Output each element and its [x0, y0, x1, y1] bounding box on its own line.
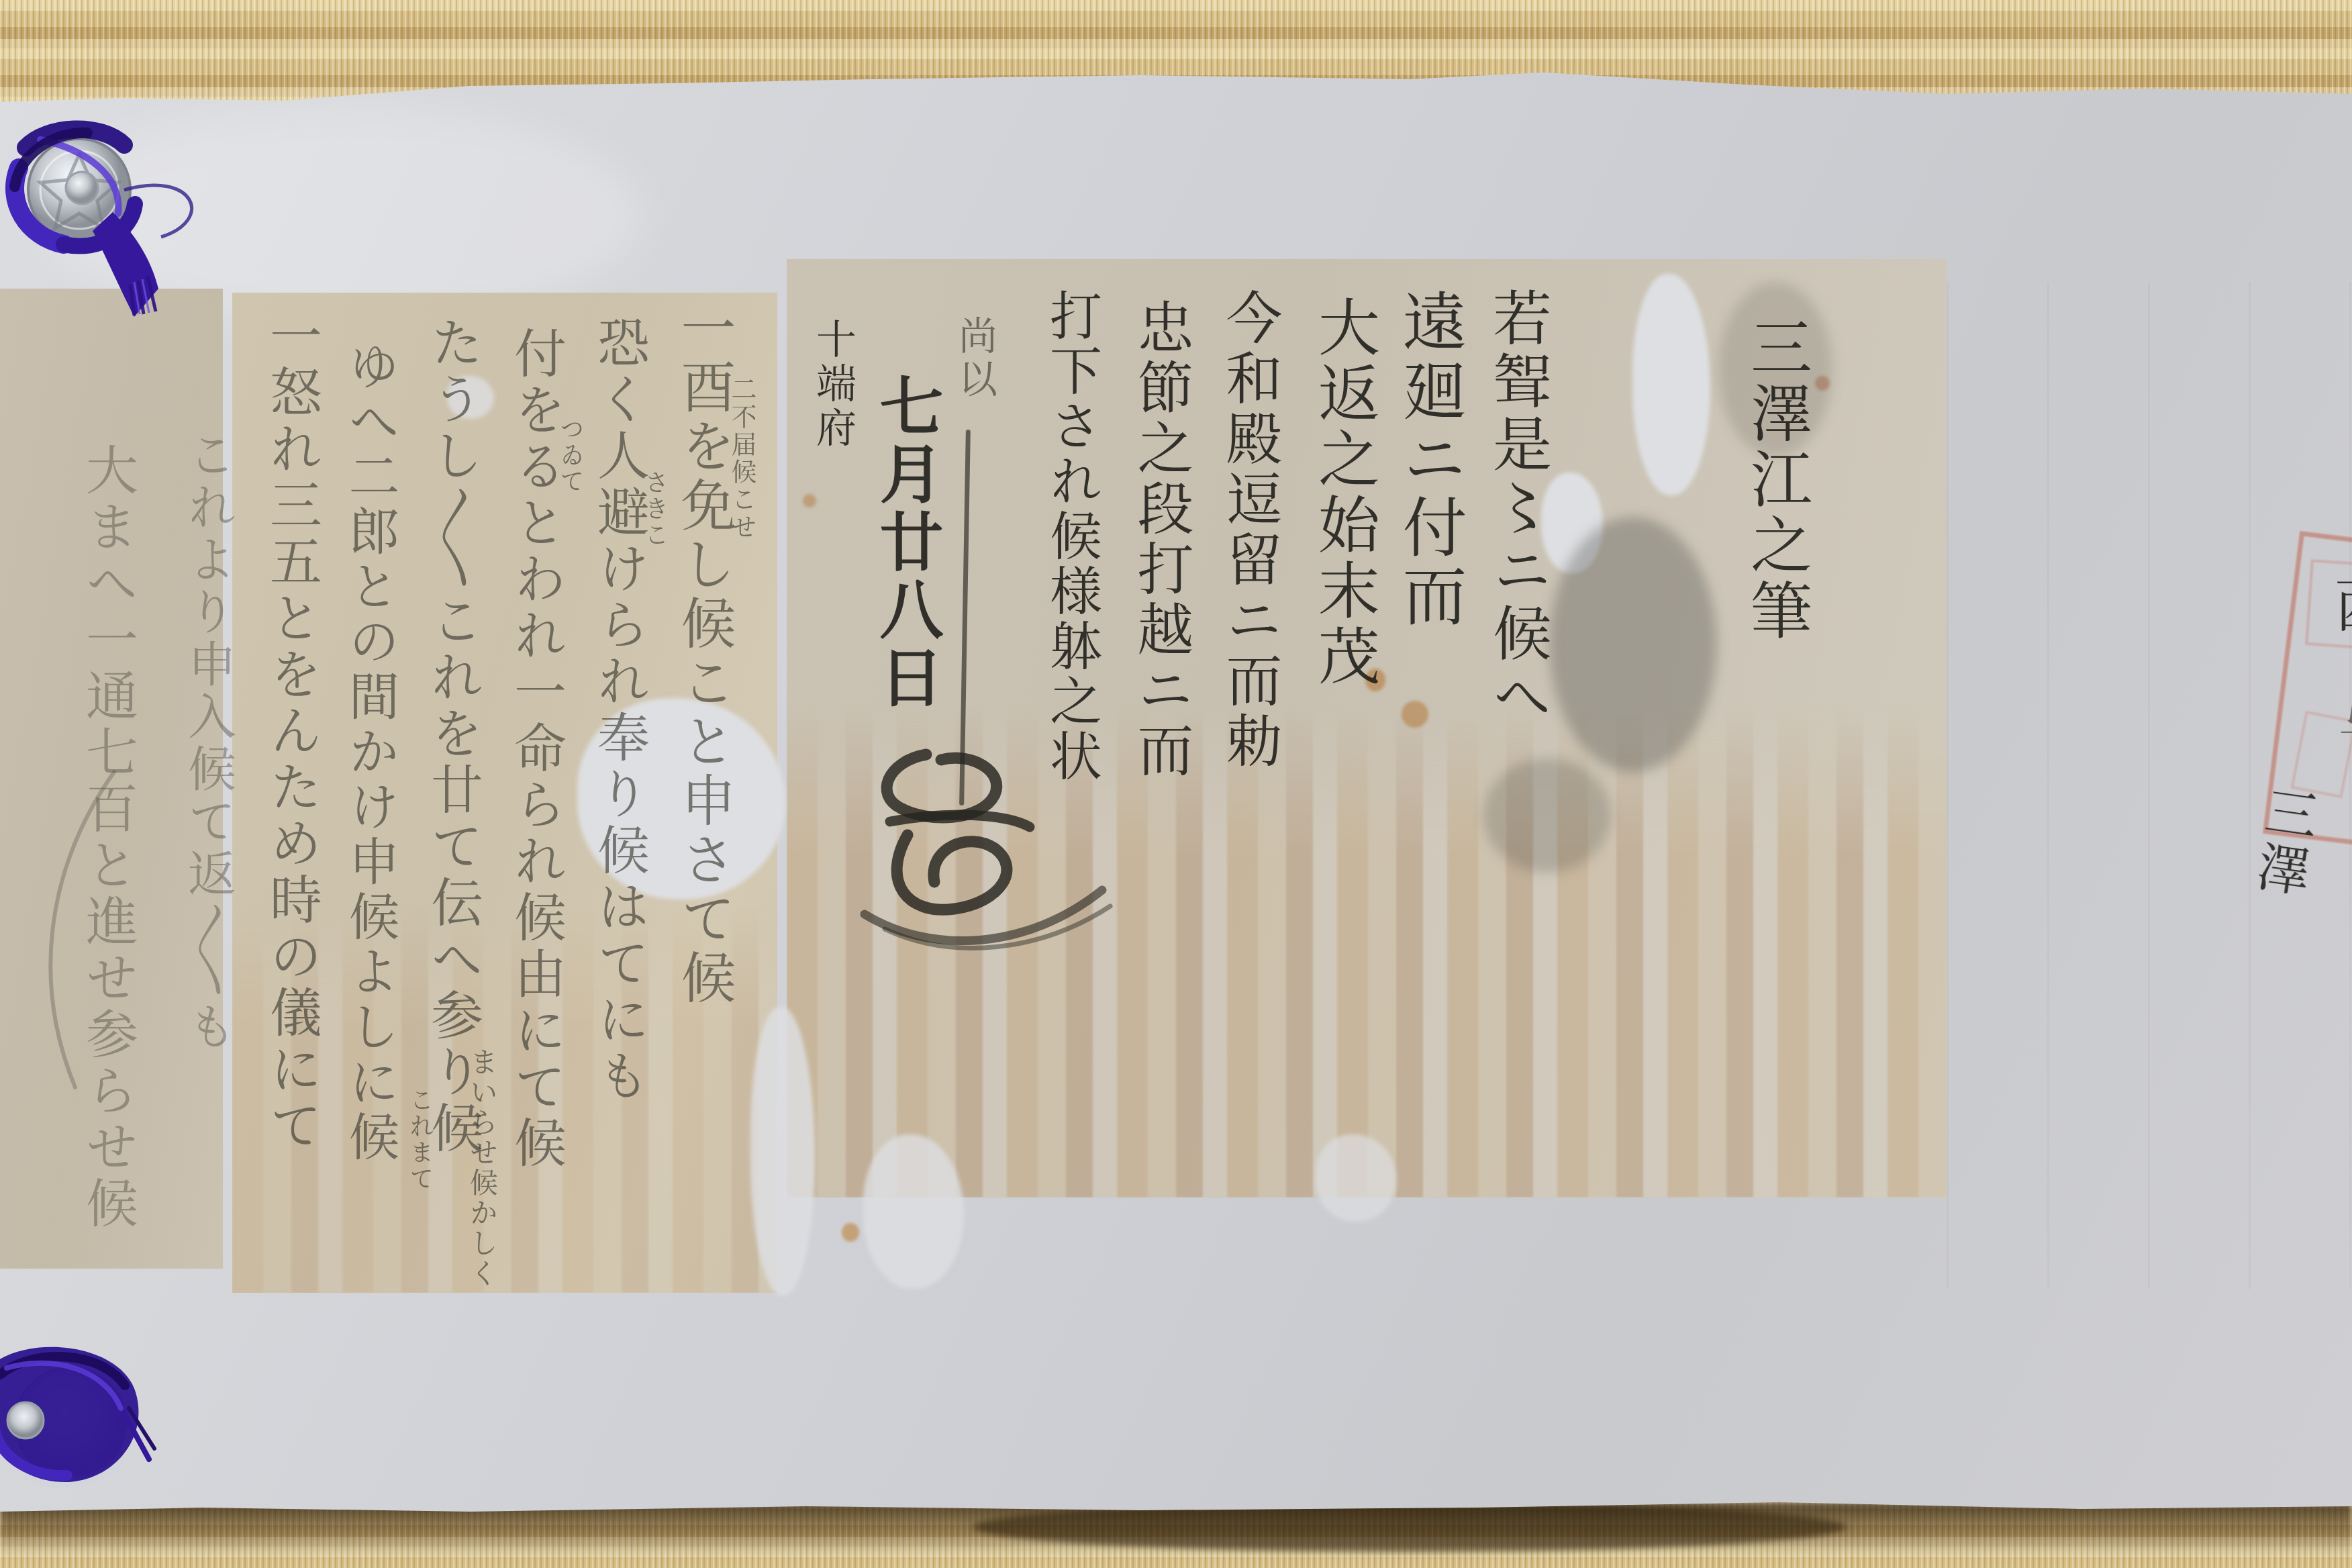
edge-character: 与 — [2322, 698, 2352, 754]
ink-smudge — [1549, 517, 1717, 772]
calligraphy-column: 一怒れ三五とをんため時の儀にて — [254, 309, 329, 1155]
calligraphy-note: さきこ — [638, 470, 672, 548]
calligraphy-column: 打下され候様躰之状 — [1034, 289, 1109, 784]
pencil-arc — [13, 765, 141, 1101]
calligraphy-column: 恐く人避けられ奉り候はてにも — [581, 315, 656, 1105]
date-column: 七月廿八日 — [861, 373, 952, 712]
calligraphy-column: 十端府 — [804, 318, 862, 451]
edge-character: 三澤 — [2238, 781, 2328, 903]
calligraphy-column: たうし〳〵これを廿て伝へ参り候 — [415, 315, 490, 1157]
peel-spot — [1316, 1134, 1396, 1222]
calligraphy-column: 尚以 — [946, 315, 1003, 401]
calligraphy-note: 二不届候こせ — [724, 376, 761, 541]
calligraphy-note: まいらせ候かしく — [462, 1047, 502, 1289]
rust-stain — [842, 1223, 859, 1242]
scroll-photograph: 三澤江之筆 若聟是〻ニ候へ 遠廻ニ付而 大返之始末茂 今和殿逗留ニ而勅 忠節之段… — [0, 0, 2352, 1568]
calligraphy-column: 今和殿逗留ニ而勅 — [1210, 289, 1291, 772]
calligraphy-column: 三澤江之筆 — [1732, 315, 1820, 644]
calligraphy-note: つゐて — [553, 416, 587, 495]
edge-character: 西 — [2317, 575, 2352, 638]
scroll-fastener-tassel-icon — [0, 1328, 175, 1556]
rust-stain — [803, 494, 816, 507]
scroll-fastener-tassel-icon — [0, 113, 315, 328]
ink-smudge — [1483, 758, 1611, 873]
calligraphy-column: ゆへ二郎との間かけ申候よしに候 — [334, 340, 407, 1165]
kao-signature-icon — [826, 738, 1121, 980]
peel-spot — [863, 1134, 964, 1289]
calligraphy-note: これまて — [403, 1087, 437, 1192]
calligraphy-column: 若聟是〻ニ候へ — [1475, 287, 1560, 729]
calligraphy-column: これより申入候て返〳〵も — [173, 430, 243, 1054]
rust-stain — [1402, 701, 1428, 728]
calligraphy-column: 遠廻ニ付而 — [1384, 289, 1476, 631]
calligraphy-column: 忠節之段打越ニ而 — [1121, 298, 1202, 781]
calligraphy-column: 大返之始末茂 — [1300, 295, 1388, 690]
